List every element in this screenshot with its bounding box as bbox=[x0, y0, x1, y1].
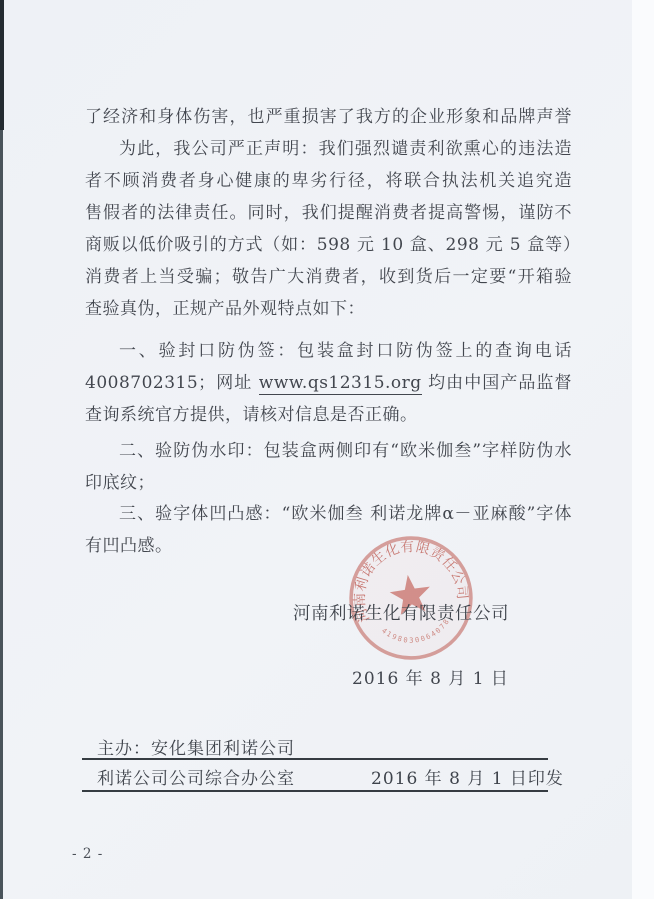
document-date: 2016 年 8 月 1 日 bbox=[352, 664, 509, 689]
page-number: - 2 - bbox=[72, 846, 103, 862]
scanned-document-page: 了经济和身体伤害，也严重损害了我方的企业形象和品牌声誉 。 为此，我公司严正声明… bbox=[0, 0, 654, 899]
body-line: 二、验防伪水印：包装盒两侧印有“欧米伽叁”字样防伪水 bbox=[85, 435, 572, 467]
body-line: 有凹凸感。 bbox=[85, 530, 572, 562]
body-line: 为此，我公司严正声明：我们强烈谴责利欲熏心的违法造假 bbox=[85, 133, 572, 165]
body-line-with-url: 4008702315；网址 www.qs12315.org 均由中国产品监督 3… bbox=[85, 367, 572, 399]
body-line: 查询系统官方提供，请核对信息是否正确。 bbox=[85, 399, 572, 431]
body-line: 一、验封口防伪签：包装盒封口防伪签上的查询电话 bbox=[85, 335, 572, 367]
phone-number-text: 4008702315；网址 bbox=[85, 373, 259, 393]
company-seal: 河南利诺生化有限责任公司 4198030064078 bbox=[335, 523, 486, 672]
footer-organizer: 主办：安化集团利诺公司 bbox=[97, 734, 295, 759]
body-line: 印底纹； bbox=[85, 467, 572, 499]
scan-edge-right bbox=[632, 0, 654, 899]
body-paragraph-item1: 一、验封口防伪签：包装盒封口防伪签上的查询电话 4008702315；网址 ww… bbox=[85, 335, 572, 431]
body-line: 三、验字体凹凸感：“欧米伽叁 利诺龙牌α－亚麻酸”字体 bbox=[85, 498, 572, 530]
body-line: 了经济和身体伤害，也严重损害了我方的企业形象和品牌声誉 。 bbox=[85, 101, 572, 133]
footer-print-date: 2016 年 8 月 1 日印发 bbox=[371, 764, 564, 789]
verification-url: www.qs12315.org bbox=[259, 373, 422, 395]
scan-edge-left bbox=[0, 0, 3, 899]
footer-rule-bottom bbox=[82, 790, 548, 792]
signature-company-name: 河南利诺生化有限责任公司 bbox=[293, 600, 509, 625]
footer-office: 利诺公司公司综合办公室 bbox=[97, 764, 295, 789]
body-line: 售假者的法律责任。同时，我们提醒消费者提高警惕，谨防不法 bbox=[85, 197, 572, 229]
company-seal-graphic: 河南利诺生化有限责任公司 4198030064078 bbox=[335, 523, 486, 672]
scan-edge-left-dark bbox=[0, 0, 4, 130]
body-line: 查验真伪，正规产品外观特点如下： bbox=[85, 293, 572, 325]
body-line: 者不顾消费者身心健康的卑劣行径，将联合执法机关追究造假、 bbox=[85, 165, 572, 197]
body-line: 商贩以低价吸引的方式（如：598 元 10 盒、298 元 5 盒等）诱导 bbox=[85, 229, 572, 261]
body-paragraph-item3: 三、验字体凹凸感：“欧米伽叁 利诺龙牌α－亚麻酸”字体 有凹凸感。 bbox=[85, 498, 572, 562]
body-paragraphs-1: 了经济和身体伤害，也严重损害了我方的企业形象和品牌声誉 。 为此，我公司严正声明… bbox=[85, 101, 572, 325]
footer-rule-top bbox=[82, 758, 548, 760]
body-line: 消费者上当受骗；敬告广大消费者，收到货后一定要“开箱验货” bbox=[85, 261, 572, 293]
body-paragraph-item2: 二、验防伪水印：包装盒两侧印有“欧米伽叁”字样防伪水 印底纹； bbox=[85, 435, 572, 499]
